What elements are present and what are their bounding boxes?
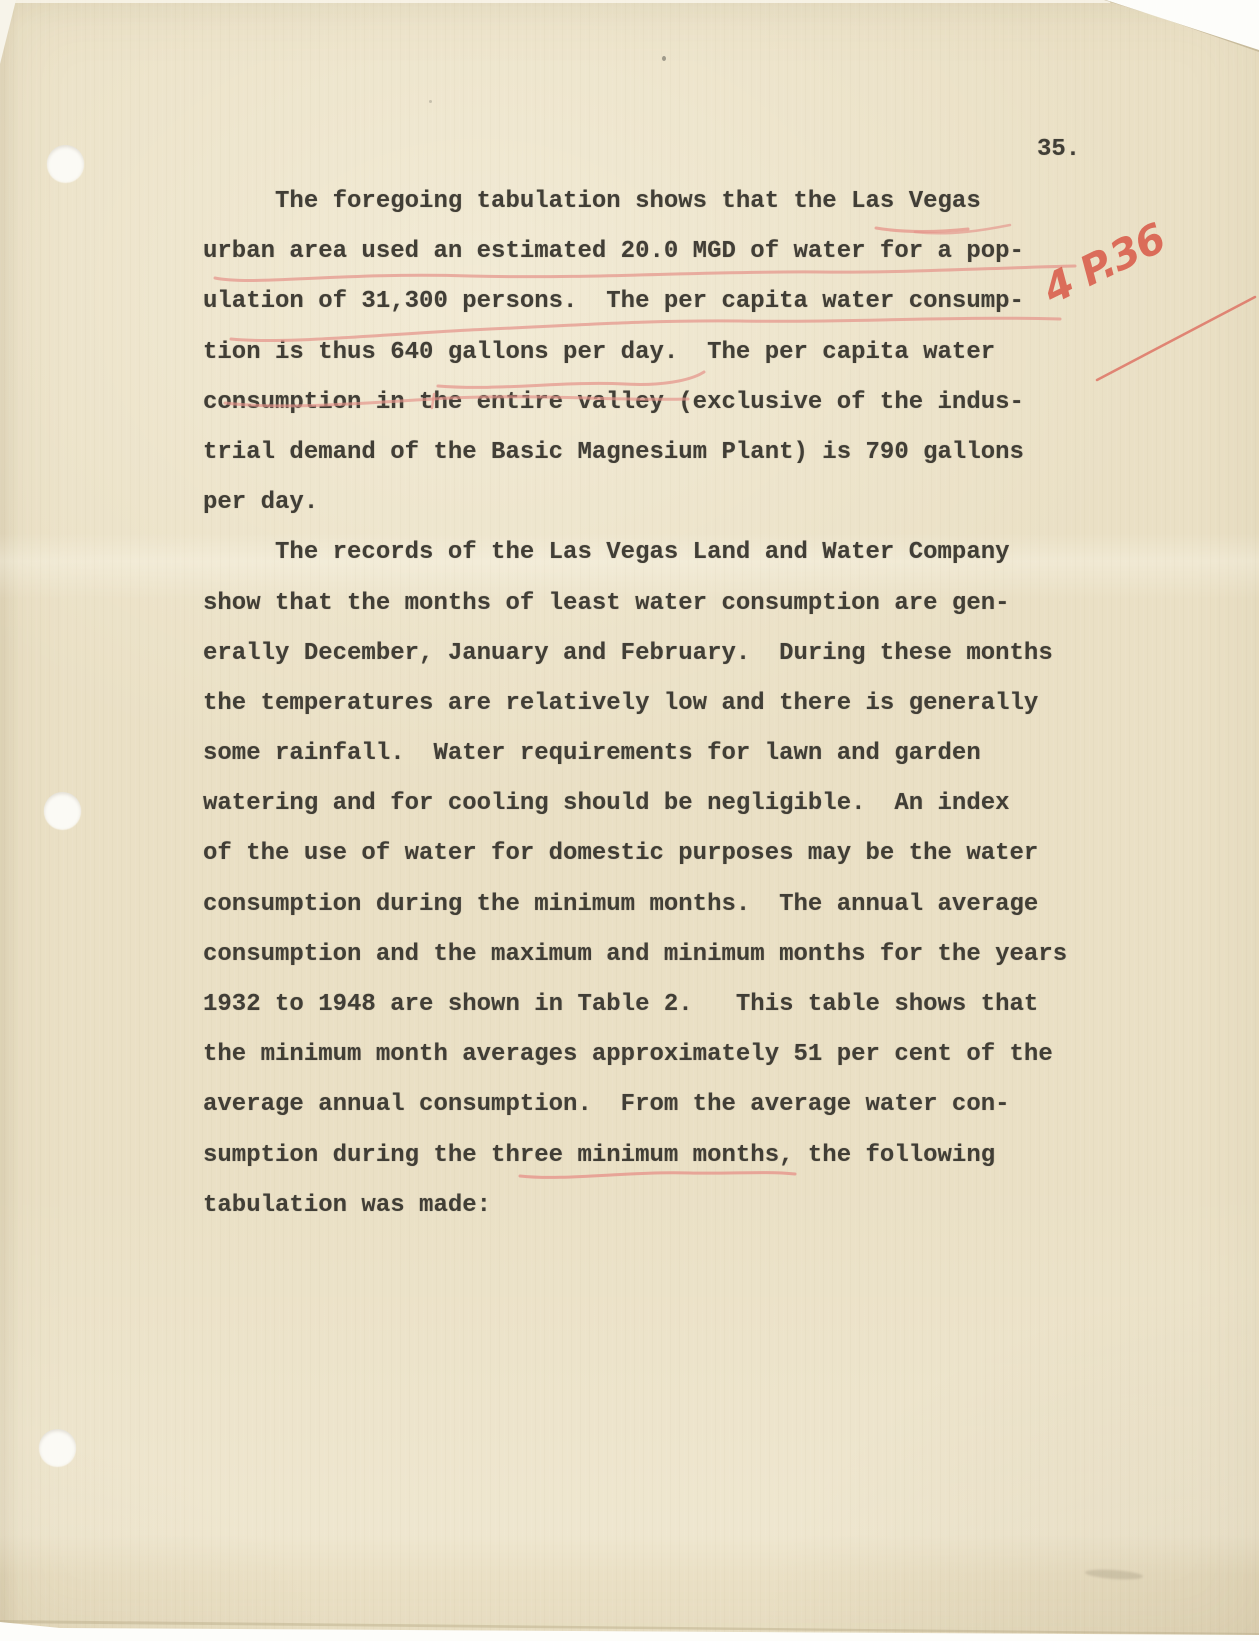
typed-line: ulation of 31,300 persons. The per capit…: [203, 277, 1067, 327]
diagonal-pen-stroke: [1097, 297, 1255, 380]
typed-line: The records of the Las Vegas Land and Wa…: [203, 528, 1067, 578]
scanned-document-page: 35. The foregoing tabulation shows that …: [0, 0, 1259, 1641]
typed-line: the minimum month averages approximately…: [203, 1030, 1067, 1080]
typed-line: some rainfall. Water requirements for la…: [203, 729, 1067, 779]
typed-line: of the use of water for domestic purpose…: [203, 829, 1067, 879]
typed-line: per day.: [203, 478, 1067, 528]
typed-line: average annual consumption. From the ave…: [203, 1080, 1067, 1130]
ink-speck-2: [429, 100, 432, 103]
typed-line: trial demand of the Basic Magnesium Plan…: [203, 428, 1067, 478]
typed-text-block: The foregoing tabulation shows that the …: [203, 177, 1067, 1231]
typed-line: sumption during the three minimum months…: [203, 1131, 1067, 1181]
typed-line: show that the months of least water cons…: [203, 579, 1067, 629]
typed-line: urban area used an estimated 20.0 MGD of…: [203, 227, 1067, 277]
typed-line: consumption and the maximum and minimum …: [203, 930, 1067, 980]
page-number: 35.: [1037, 136, 1080, 163]
typed-line: the temperatures are relatively low and …: [203, 679, 1067, 729]
hole-punch-top: [47, 145, 84, 182]
typed-line: erally December, January and February. D…: [203, 629, 1067, 679]
paper-edge-top: [0, 0, 1110, 3]
hole-punch-middle: [44, 792, 81, 829]
typed-line: tion is thus 640 gallons per day. The pe…: [203, 328, 1067, 378]
typed-line: The foregoing tabulation shows that the …: [203, 177, 1067, 227]
typed-line: watering and for cooling should be negli…: [203, 779, 1067, 829]
ink-speck-1: [662, 56, 666, 61]
typed-line: tabulation was made:: [203, 1181, 1067, 1231]
hole-punch-bottom: [39, 1429, 76, 1466]
typed-line: 1932 to 1948 are shown in Table 2. This …: [203, 980, 1067, 1030]
typed-line: consumption in the entire valley (exclus…: [203, 378, 1067, 428]
typed-line: consumption during the minimum months. T…: [203, 880, 1067, 930]
pencil-smudge: [1085, 1568, 1143, 1581]
